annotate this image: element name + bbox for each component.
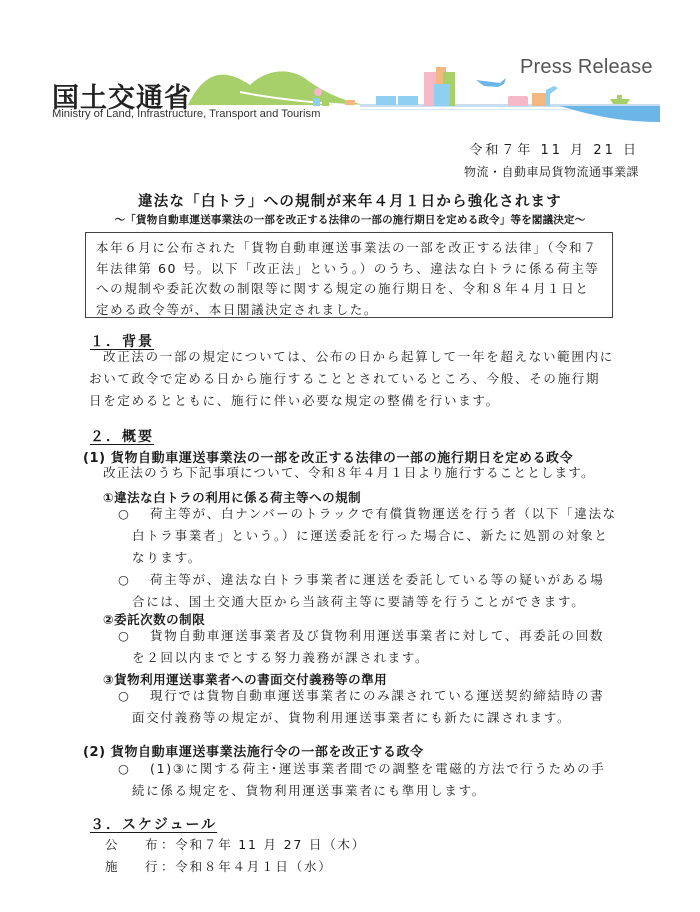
document-subtitle: ～「貨物自動車運送事業法の一部を改正する法律の一部の施行期日を定める政令」等を閣…: [0, 212, 700, 227]
overview-part1-intro: 改正法のうち下記事項について、令和８年４月１日より施行することとします。: [103, 462, 623, 484]
schedule-value: ：令和７年 11 月 27 日（木）: [161, 835, 366, 855]
release-date: 令和７年 11 月 21 日: [464, 141, 639, 161]
section-heading-schedule: ３．スケジュール: [90, 814, 217, 834]
bullet-text: 現行では貨物自動車運送事業者にのみ課されている運送契約締結時の書面交付義務等の規…: [118, 685, 618, 729]
bullet-item: ○ 貨物自動車運送事業者及び貨物利用運送事業者に対して、再委託の回数を２回以内ま…: [118, 625, 618, 669]
bullet-mark: ○: [118, 625, 131, 647]
summary-text: 本年６月に公布された「貨物自動車運送事業法の一部を改正する法律」（令和７年法律第…: [96, 238, 602, 320]
bullet-item: ○ (1)③に関する荷主･運送事業者間での調整を電磁的方法で行うための手続に係る…: [118, 758, 618, 802]
background-paragraph: 改正法の一部の規定については、公布の日から起算して一年を超えない範囲内において政…: [89, 346, 614, 412]
factory-icon: [532, 93, 546, 106]
summary-box: 本年６月に公布された「貨物自動車運送事業法の一部を改正する法律」（令和７年法律第…: [85, 232, 613, 318]
section-heading-overview: ２．概要: [90, 426, 154, 446]
truck-icon: [508, 96, 528, 106]
bullet-mark: ○: [118, 503, 131, 525]
bullet-mark: ○: [118, 685, 131, 707]
bullet-item: ○ 荷主等が、違法な白トラ事業者に運送を委託している等の疑いがある場合には、国土…: [118, 569, 618, 613]
sea-icon: [560, 106, 660, 122]
press-release-header: 国土交通省 Ministry of Land, Infrastructure, …: [0, 0, 700, 130]
ship-icon: [610, 99, 630, 104]
issuing-department: 物流・自動車局貨物流通事業課: [464, 161, 639, 183]
banner-illustration: [180, 60, 660, 125]
airplane-icon: [476, 78, 506, 87]
bullet-item: ○ 荷主等が、白ナンバーのトラックで有償貨物運送を行う者（以下「違法な白トラ事業…: [118, 503, 618, 569]
schedule-value: ：令和８年４月１日（水）: [161, 857, 333, 877]
schedule-label-char-2: 行: [145, 857, 159, 877]
bullet-text: 荷主等が、違法な白トラ事業者に運送を委託している等の疑いがある場合には、国土交通…: [118, 569, 618, 613]
document-title: 違法な「白トラ」への規制が来年４月１日から強化されます: [0, 190, 700, 211]
bullet-text: 貨物自動車運送事業者及び貨物利用運送事業者に対して、再委託の回数を２回以内までと…: [118, 625, 618, 669]
bullet-text: (1)③に関する荷主･運送事業者間での調整を電磁的方法で行うための手続に係る規定…: [118, 758, 618, 802]
schedule-label-char-1: 施: [105, 857, 119, 877]
bullet-mark: ○: [118, 569, 131, 591]
hills-icon: [188, 71, 365, 105]
schedule-label-char-2: 布: [145, 835, 159, 855]
bullet-mark: ○: [118, 758, 131, 780]
release-meta: 令和７年 11 月 21 日 物流・自動車局貨物流通事業課: [464, 141, 639, 183]
schedule-label-char-1: 公: [105, 835, 119, 855]
bullet-item: ○ 現行では貨物自動車運送事業者にのみ課されている運送契約締結時の書面交付義務等…: [118, 685, 618, 729]
bullet-text: 荷主等が、白ナンバーのトラックで有償貨物運送を行う者（以下「違法な白トラ事業者」…: [118, 503, 618, 569]
